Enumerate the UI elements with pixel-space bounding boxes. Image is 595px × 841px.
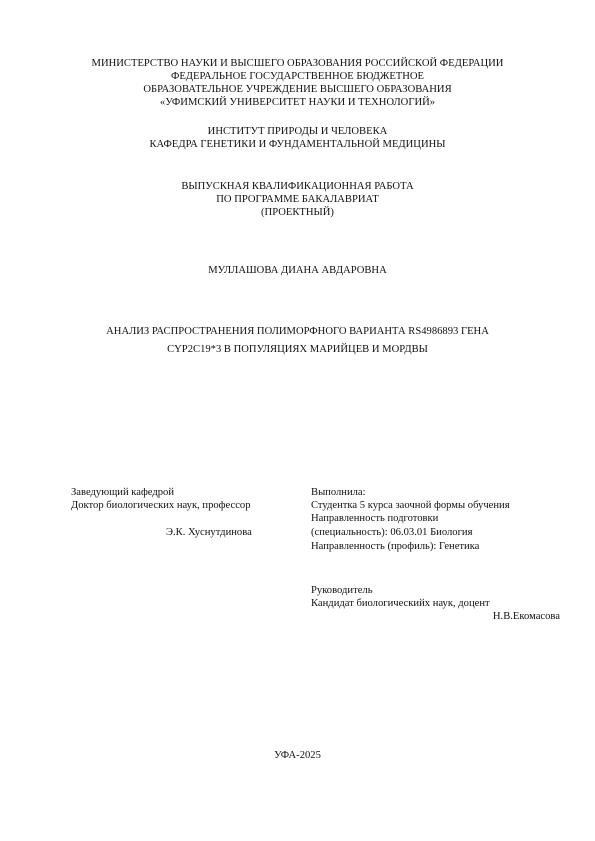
work-type-line-3: (ПРОЕКТНЫЙ)	[0, 206, 595, 220]
department-name: КАФЕДРА ГЕНЕТИКИ И ФУНДАМЕНТАЛЬНОЙ МЕДИЦ…	[0, 138, 595, 152]
thesis-title-line-2: CYP2C19*3 В ПОПУЛЯЦИЯХ МАРИЙЦЕВ И МОРДВЫ	[0, 343, 595, 357]
head-name: Э.К. Хуснутдинова	[166, 526, 252, 540]
institution-line-1: ФЕДЕРАЛЬНОЕ ГОСУДАРСТВЕННОЕ БЮДЖЕТНОЕ	[0, 70, 595, 84]
specialty: (специальность): 06.03.01 Биология	[311, 526, 472, 540]
work-type-line-2: ПО ПРОГРАММЕ БАКАЛАВРИАТ	[0, 193, 595, 207]
profile: Направленность (профиль): Генетика	[311, 540, 479, 554]
head-degree: Доктор биологических наук, профессор	[71, 499, 251, 513]
thesis-title-line-1: АНАЛИЗ РАСПРОСТРАНЕНИЯ ПОЛИМОРФНОГО ВАРИ…	[0, 325, 595, 339]
work-type-line-1: ВЫПУСКНАЯ КВАЛИФИКАЦИОННАЯ РАБОТА	[0, 180, 595, 194]
university-name: «УФИМСКИЙ УНИВЕРСИТЕТ НАУКИ И ТЕХНОЛОГИЙ…	[0, 96, 595, 110]
supervisor-degree: Кандидат биологическийх наук, доцент	[311, 597, 490, 611]
performed-by-label: Выполнила:	[311, 486, 366, 500]
institution-line-2: ОБРАЗОВАТЕЛЬНОЕ УЧРЕЖДЕНИЕ ВЫСШЕГО ОБРАЗ…	[0, 83, 595, 97]
head-role: Заведующий кафедрой	[71, 486, 174, 500]
author-name: МУЛЛАШОВА ДИАНА АВДАРОВНА	[0, 264, 595, 278]
supervisor-name: Н.В.Екомасова	[311, 610, 560, 624]
ministry-line: МИНИСТЕРСТВО НАУКИ И ВЫСШЕГО ОБРАЗОВАНИЯ…	[0, 57, 595, 71]
city-year: УФА-2025	[0, 749, 595, 763]
institute-name: ИНСТИТУТ ПРИРОДЫ И ЧЕЛОВЕКА	[0, 125, 595, 139]
supervisor-role: Руководитель	[311, 584, 373, 598]
training-direction: Направленность подготовки	[311, 512, 438, 526]
student-info: Студентка 5 курса заочной формы обучения	[311, 499, 510, 513]
